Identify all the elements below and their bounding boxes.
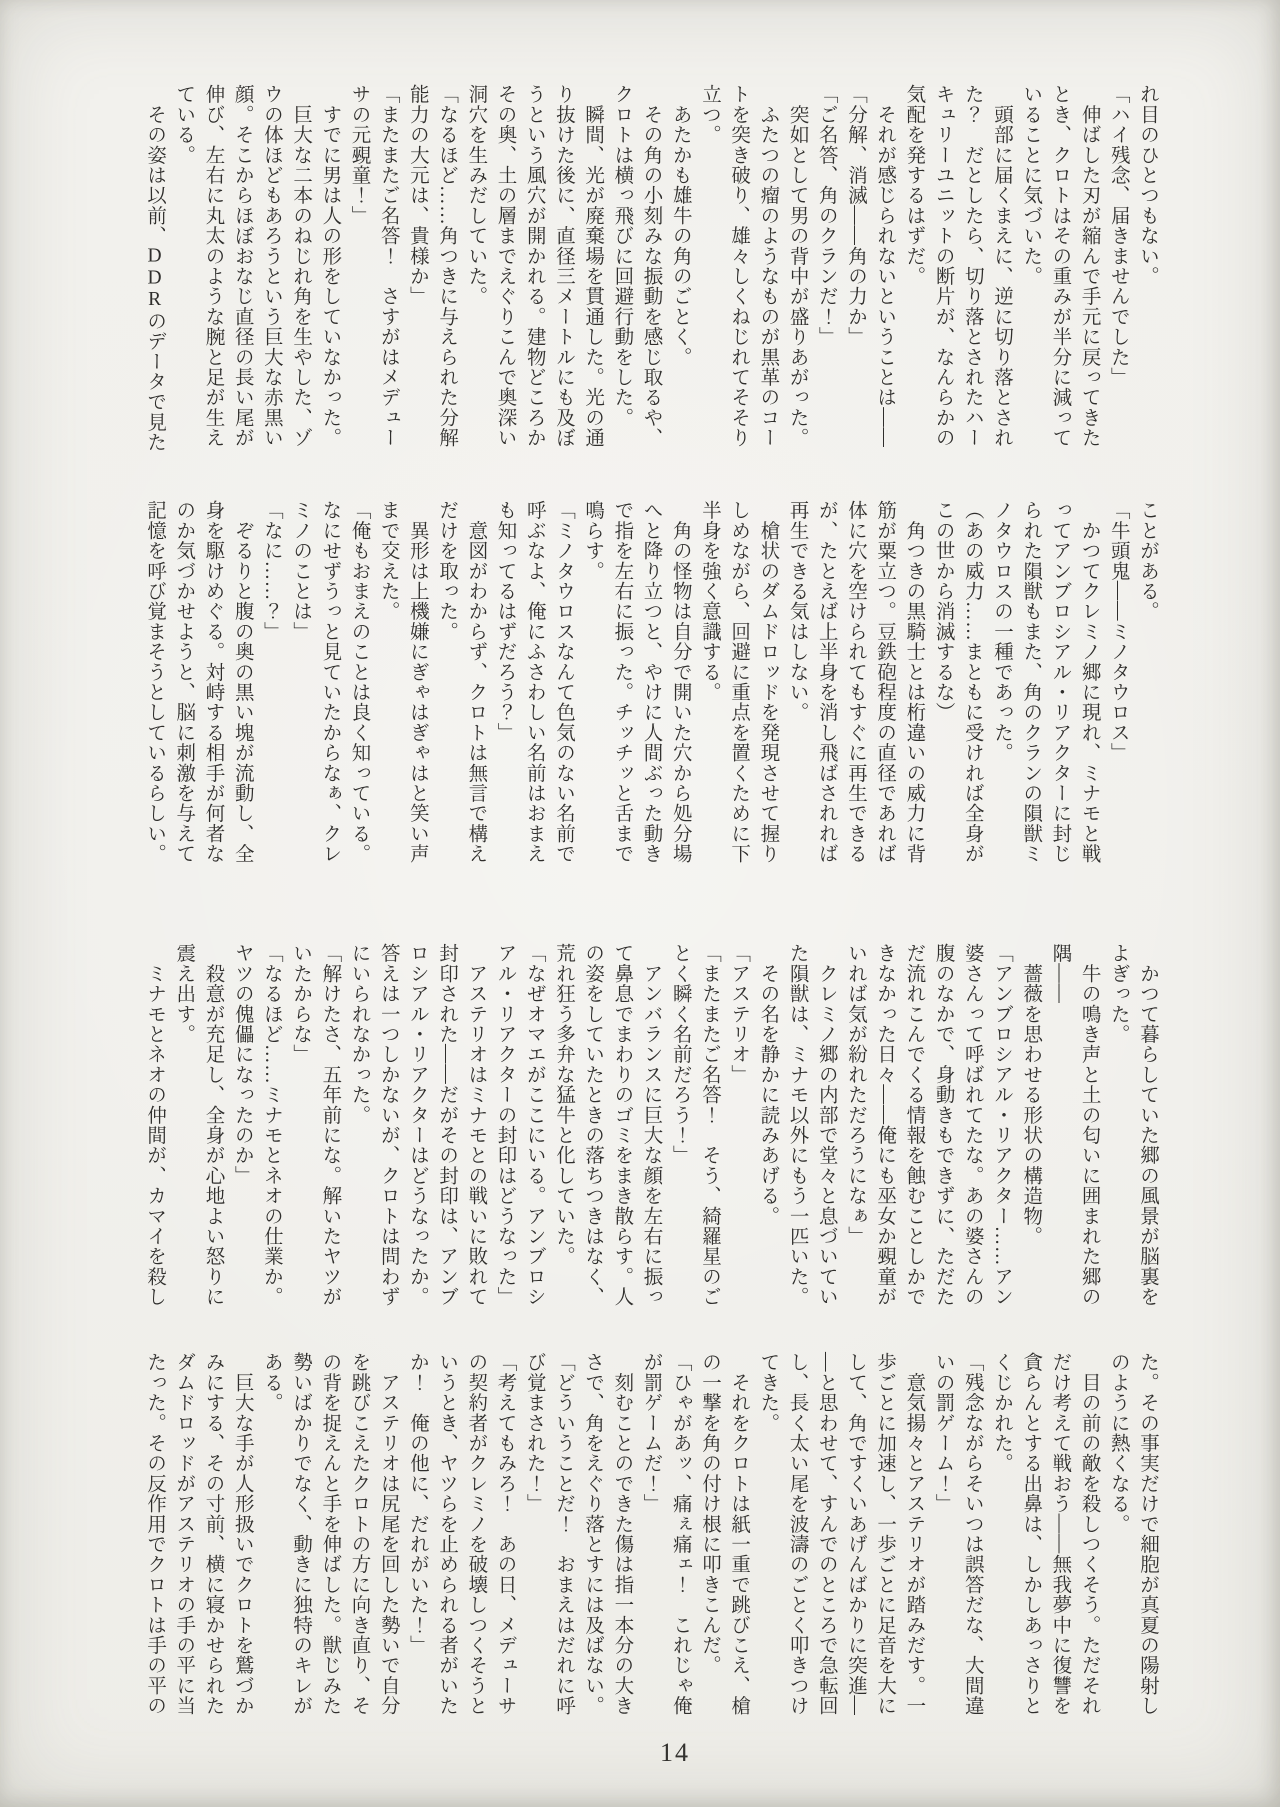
- text-column: 腹のなかで、身動きもできずに、ただた: [928, 943, 957, 1311]
- text-column: 意気揚々とアステリオが踏みだす。一: [899, 1352, 928, 1720]
- text-column: いたからな」: [286, 943, 315, 1311]
- text-column: クレミノ郷の内部で堂々と息づいてい: [812, 943, 841, 1311]
- text-column: 角の怪物は自分で開いた穴から処分場: [666, 500, 695, 868]
- text-column: の背を捉えんと手を伸ばした。獣じみた: [315, 1352, 344, 1720]
- text-column: 巨大な二本のねじれ角を生やした、ゾ: [286, 84, 315, 452]
- text-column: へと降り立つと、やけに人間ぶった動き: [636, 500, 665, 868]
- text-column: 「ハイ残念、届きませんでした」: [1104, 84, 1133, 452]
- text-column: アステリオは尻尾を回した勢いで自分: [374, 1352, 403, 1720]
- text-column: 「ひゃがあッ、痛ぇ痛ェ！ これじゃ俺: [666, 1352, 695, 1720]
- text-column: それが感じられないということは――: [870, 84, 899, 452]
- text-column: のように熱くなる。: [1104, 1352, 1133, 1720]
- text-column: 呼ぶなよ、俺にふさわしい名前はおまえ: [520, 500, 549, 868]
- text-column: 「なるほど……ミナモとネオの仕業か。: [257, 943, 286, 1311]
- text-column: ロシアル・リアクターはどうなったか。: [403, 943, 432, 1311]
- text-column: 「牛頭鬼――ミノタウロス」: [1104, 500, 1133, 868]
- text-column: キュリーユニットの断片が、なんらかの: [928, 84, 957, 452]
- text-column: れ目のひとつもない。: [1133, 84, 1162, 452]
- text-column: まで交えた。: [374, 500, 403, 868]
- text-column: して、角ですくいあげんばかりに突進―: [841, 1352, 870, 1720]
- text-block-1: れ目のひとつもない。「ハイ残念、届きませんでした」 伸ばした刃が縮んで手元に戻っ…: [140, 84, 1162, 452]
- text-column: （あの威力……まともに受ければ全身が: [958, 500, 987, 868]
- text-column: 気配を発するはずだ。: [899, 84, 928, 452]
- text-column: 体に穴を空けられてもすぐに再生できる: [841, 500, 870, 868]
- text-column: とき、クロトはその重みが半分に減って: [1045, 84, 1074, 452]
- text-column: 鳴らす。: [578, 500, 607, 868]
- text-column: てきた。: [753, 1352, 782, 1720]
- text-column: 瞬間、光が廃棄場を貫通した。光の通: [578, 84, 607, 452]
- text-column: うという風穴が開かれる。建物どころか: [520, 84, 549, 452]
- text-column: た隕獣は、ミナモ以外にもう一匹いた。: [782, 943, 811, 1311]
- text-column: なにせずうっと見ていたからなぁ、クレ: [315, 500, 344, 868]
- text-column: ぞるりと腹の奥の黒い塊が流動し、全: [228, 500, 257, 868]
- text-column: 伸ばした刃が縮んで手元に戻ってきた: [1074, 84, 1103, 452]
- text-column: 突如として男の背中が盛りあがった。: [782, 84, 811, 452]
- text-column: アル・リアクターの封印はどうなった」: [490, 943, 519, 1311]
- text-column: 半身を強く意識する。: [695, 500, 724, 868]
- text-column: 「どういうことだ！ おまえはだれに呼: [549, 1352, 578, 1720]
- text-column: しめながら、回避に重点を置くために下: [724, 500, 753, 868]
- text-column: 貪らんとする出鼻は、しかしあっさりと: [1016, 1352, 1045, 1720]
- text-column: その名を静かに読みあげる。: [753, 943, 782, 1311]
- text-column: の一撃を角の付け根に叩きこんだ。: [695, 1352, 724, 1720]
- text-column: かつて暮らしていた郷の風景が脳裏を: [1133, 943, 1162, 1311]
- text-column: 顔。そこからほぼおなじ直径の長い尾が: [228, 84, 257, 452]
- text-column: ことがある。: [1133, 500, 1162, 868]
- text-column: ふたつの瘤のようなものが黒革のコー: [753, 84, 782, 452]
- text-column: 歩ごとに加速し、一歩ごとに足音を大に: [870, 1352, 899, 1720]
- text-column: 震え出す。: [169, 943, 198, 1311]
- text-column: 「アンブロシアル・リアクター……アン: [987, 943, 1016, 1311]
- text-column: にいられなかった。: [344, 943, 373, 1311]
- text-column: いることに気づいた。: [1016, 84, 1045, 452]
- text-column: 巨大な手が人形扱いでクロトを鷲づか: [228, 1352, 257, 1720]
- text-column: か！ 俺の他に、だれがいた！」: [403, 1352, 432, 1720]
- text-column: 薔薇を思わせる形状の構造物。: [1016, 943, 1045, 1311]
- text-column: 荒れ狂う多弁な猛牛と化していた。: [549, 943, 578, 1311]
- text-column: 隅――: [1045, 943, 1074, 1311]
- text-column: 刻むことのできた傷は指一本分の大き: [607, 1352, 636, 1720]
- text-column: 封印された――だがその封印は、アンブ: [432, 943, 461, 1311]
- text-column: 「またまたご名答！ そう、綺羅星のご: [695, 943, 724, 1311]
- text-column: 「俺もおまえのことは良く知っている。: [344, 500, 373, 868]
- text-column: り抜けた後に、直径三メートルにも及ぼ: [549, 84, 578, 452]
- text-column: とく瞬く名前だろう！」: [666, 943, 695, 1311]
- text-column: かつてクレミノ郷に現れ、ミナモと戦: [1074, 500, 1103, 868]
- text-column: られた隕獣もまた、角のクランの隕獣ミ: [1016, 500, 1045, 868]
- text-column: その奥、土の層までえぐりこんで奥深い: [490, 84, 519, 452]
- text-column: 殺意が充足し、全身が心地よい怒りに: [198, 943, 227, 1311]
- text-column: 「解けたさ、五年前にな。解いたヤツが: [315, 943, 344, 1311]
- text-column: よぎった。: [1104, 943, 1133, 1311]
- text-column: この世から消滅するな）: [928, 500, 957, 868]
- text-column: 目の前の敵を殺しつくそう。ただそれ: [1074, 1352, 1103, 1720]
- text-block-2: ことがある。「牛頭鬼――ミノタウロス」 かつてクレミノ郷に現れ、ミナモと戦ってア…: [140, 500, 1162, 868]
- text-column: た？ だとしたら、切り落とされたハー: [958, 84, 987, 452]
- text-column: が罰ゲームだ！」: [636, 1352, 665, 1720]
- text-column: 勢いばかりでなく、動きに独特のキレが: [286, 1352, 315, 1720]
- text-column: すでに男は人の形をしていなかった。: [315, 84, 344, 452]
- text-column: 記憶を呼び覚まそうとしているらしい。: [140, 500, 169, 868]
- text-column: 角つきの黒騎士とは桁違いの威力に背: [899, 500, 928, 868]
- text-column: その角の小刻みな振動を感じ取るや、: [636, 84, 665, 452]
- text-column: 槍状のダムドロッドを発現させて握り: [753, 500, 782, 868]
- text-column: 筋が粟立つ。豆鉄砲程度の直径であれば: [870, 500, 899, 868]
- text-column: ヤツの傀儡になったのか」: [228, 943, 257, 1311]
- text-column: も知ってるはずだろう？」: [490, 500, 519, 868]
- page-number: 14: [660, 1738, 690, 1768]
- text-column: みにする、その寸前、横に寝かせられた: [198, 1352, 227, 1720]
- text-column: ノタウロスの一種であった。: [987, 500, 1016, 868]
- text-column: し、長く太い尾を波濤のごとく叩きつけ: [782, 1352, 811, 1720]
- text-column: だけを取った。: [432, 500, 461, 868]
- text-column: の姿をしていたときの落ちつきはなく、: [578, 943, 607, 1311]
- text-column: 頭部に届くまえに、逆に切り落とされ: [987, 84, 1016, 452]
- text-column: のか気づかせようと、脳に刺激を与えて: [169, 500, 198, 868]
- text-column: た。その事実だけで細胞が真夏の陽射し: [1133, 1352, 1162, 1720]
- text-column: 能力の大元は、貴様か」: [403, 84, 432, 452]
- text-column: ダムドロッドがアステリオの手の平に当: [169, 1352, 198, 1720]
- text-column: 「またまたご名答！ さすがはメデュー: [374, 84, 403, 452]
- text-column: アンバランスに巨大な顔を左右に振っ: [636, 943, 665, 1311]
- text-column: 「残念ながらそいつは誤答だな、大間違: [958, 1352, 987, 1720]
- text-column: くじかれた。: [987, 1352, 1016, 1720]
- text-column: が、たとえば上半身を消し飛ばされれば: [812, 500, 841, 868]
- text-column: だけ考えて戦おう――無我夢中に復讐を: [1045, 1352, 1074, 1720]
- text-column: 婆さんって呼ばれてたな。あの婆さんの: [958, 943, 987, 1311]
- text-column: ある。: [257, 1352, 286, 1720]
- text-column: アステリオはミナモとの戦いに敗れて: [461, 943, 490, 1311]
- text-column: 牛の鳴き声と土の匂いに囲まれた郷の: [1074, 943, 1103, 1311]
- text-column: 伸び、左右に丸太のような腕と足が生え: [198, 84, 227, 452]
- text-column: ウの体ほどもあろうという巨大な赤黒い: [257, 84, 286, 452]
- text-column: 異形は上機嫌にぎゃはぎゃはと笑い声: [403, 500, 432, 868]
- text-column: ミナモとネオの仲間が、カマイを殺し: [140, 943, 169, 1311]
- text-column: 意図がわからず、クロトは無言で構え: [461, 500, 490, 868]
- text-column: 「なぜオマエがここにいる。アンブロシ: [520, 943, 549, 1311]
- text-column: だ流れこんでくる情報を蝕むことしかで: [899, 943, 928, 1311]
- text-column: 身を駆けめぐる。対峙する相手が何者な: [198, 500, 227, 868]
- text-column: きなかった日々――俺にも巫女か覡童が: [870, 943, 899, 1311]
- text-column: 「アステリオ」: [724, 943, 753, 1311]
- text-column: 「ご名答、角のクランだ！」: [812, 84, 841, 452]
- text-column: その姿は以前、DDRのデータで見た: [140, 84, 169, 452]
- text-column: ってアンブロシアル・リアクターに封じ: [1045, 500, 1074, 868]
- text-column: いの罰ゲーム！」: [928, 1352, 957, 1720]
- text-column: ―と思わせて、すんでのところで急転回: [812, 1352, 841, 1720]
- text-column: 「考えてもみろ！ あの日、メデューサ: [490, 1352, 519, 1720]
- text-column: サの元覡童！」: [344, 84, 373, 452]
- text-column: いうとき、ヤツらを止められる者がいた: [432, 1352, 461, 1720]
- text-column: あたかも雄牛の角のごとく。: [666, 84, 695, 452]
- text-column: トを突き破り、雄々しくねじれてそそり: [724, 84, 753, 452]
- text-column: て鼻息でまわりのゴミをまき散らす。人: [607, 943, 636, 1311]
- text-block-4: た。その事実だけで細胞が真夏の陽射しのように熱くなる。 目の前の敵を殺しつくそう…: [140, 1352, 1162, 1720]
- text-column: 「分解、消滅――角の力か」: [841, 84, 870, 452]
- text-column: 「ミノタウロスなんて色気のない名前で: [549, 500, 578, 868]
- text-column: 立つ。: [695, 84, 724, 452]
- text-column: で指を左右に振った。チッチッと舌まで: [607, 500, 636, 868]
- text-column: さで、角をえぐり落とすには及ばない。: [578, 1352, 607, 1720]
- text-column: び覚まされた！」: [520, 1352, 549, 1720]
- text-column: 「なに……？」: [257, 500, 286, 868]
- text-column: いれば気が紛れただろうになぁ」: [841, 943, 870, 1311]
- text-column: 「なるほど……角つきに与えられた分解: [432, 84, 461, 452]
- text-block-3: かつて暮らしていた郷の風景が脳裏をよぎった。 牛の鳴き声と土の匂いに囲まれた郷の…: [140, 943, 1162, 1311]
- text-column: クロトは横っ飛びに回避行動をした。: [607, 84, 636, 452]
- text-column: ている。: [169, 84, 198, 452]
- text-column: ミノのことは」: [286, 500, 315, 868]
- text-column: 洞穴を生みだしていた。: [461, 84, 490, 452]
- text-column: を跳びこえたクロトの方に向き直り、そ: [344, 1352, 373, 1720]
- text-column: 答えは一つしかないが、クロトは問わず: [374, 943, 403, 1311]
- text-column: それをクロトは紙一重で跳びこえ、槍: [724, 1352, 753, 1720]
- text-column: たった。その反作用でクロトは手の平の: [140, 1352, 169, 1720]
- scanned-novel-page: れ目のひとつもない。「ハイ残念、届きませんでした」 伸ばした刃が縮んで手元に戻っ…: [0, 0, 1280, 1807]
- text-column: の契約者がクレミノを破壊しつくそうと: [461, 1352, 490, 1720]
- text-column: 再生できる気はしない。: [782, 500, 811, 868]
